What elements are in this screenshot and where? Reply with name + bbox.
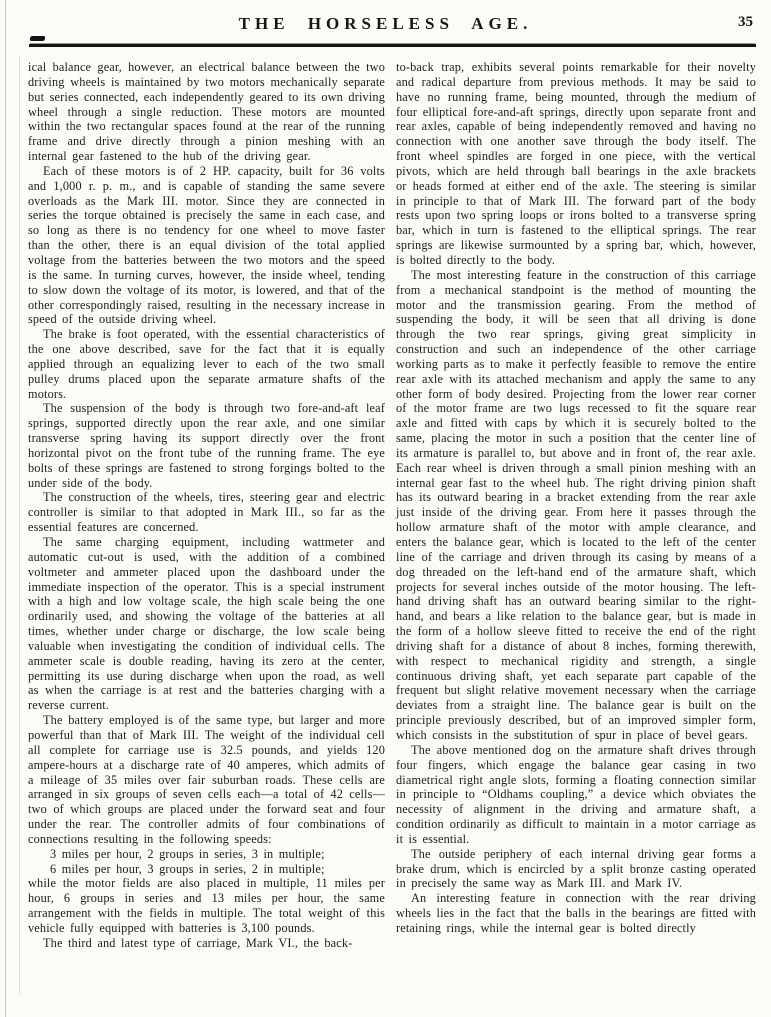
scan-margin-line <box>19 55 20 995</box>
paragraph: ical balance gear, however, an electrica… <box>28 60 385 164</box>
page-title: THE HORSELESS AGE. <box>0 14 771 34</box>
paragraph: An interesting feature in connection wit… <box>396 891 756 936</box>
paragraph: The same charging equipment, including w… <box>28 535 385 713</box>
left-column: ical balance gear, however, an electrica… <box>28 60 385 951</box>
paragraph: The battery employed is of the same type… <box>28 713 385 847</box>
paragraph: The suspension of the body is through tw… <box>28 401 385 490</box>
paragraph: The brake is foot operated, with the ess… <box>28 327 385 401</box>
paragraph: 6 miles per hour, 3 groups in series, 2 … <box>28 862 385 877</box>
article-body: ical balance gear, however, an electrica… <box>28 60 755 951</box>
paragraph: The outside periphery of each internal d… <box>396 847 756 892</box>
page: THE HORSELESS AGE. 35 ical balance gear,… <box>0 0 771 1017</box>
scan-edge-line <box>5 0 6 1017</box>
page-header: THE HORSELESS AGE. 35 <box>0 0 771 46</box>
header-rule <box>29 44 756 47</box>
right-column: to-back trap, exhibits several points re… <box>396 60 756 951</box>
paragraph: The above mentioned dog on the armature … <box>396 743 756 847</box>
page-number: 35 <box>738 14 753 31</box>
paragraph: The construction of the wheels, tires, s… <box>28 490 385 535</box>
ink-dash-artifact <box>29 36 45 41</box>
paragraph: The most interesting feature in the cons… <box>396 268 756 743</box>
paragraph: to-back trap, exhibits several points re… <box>396 60 756 268</box>
paragraph: The third and latest type of carriage, M… <box>28 936 385 951</box>
paragraph: while the motor fields are also placed i… <box>28 876 385 935</box>
paragraph: 3 miles per hour, 2 groups in series, 3 … <box>28 847 385 862</box>
paragraph: Each of these motors is of 2 HP. capacit… <box>28 164 385 327</box>
